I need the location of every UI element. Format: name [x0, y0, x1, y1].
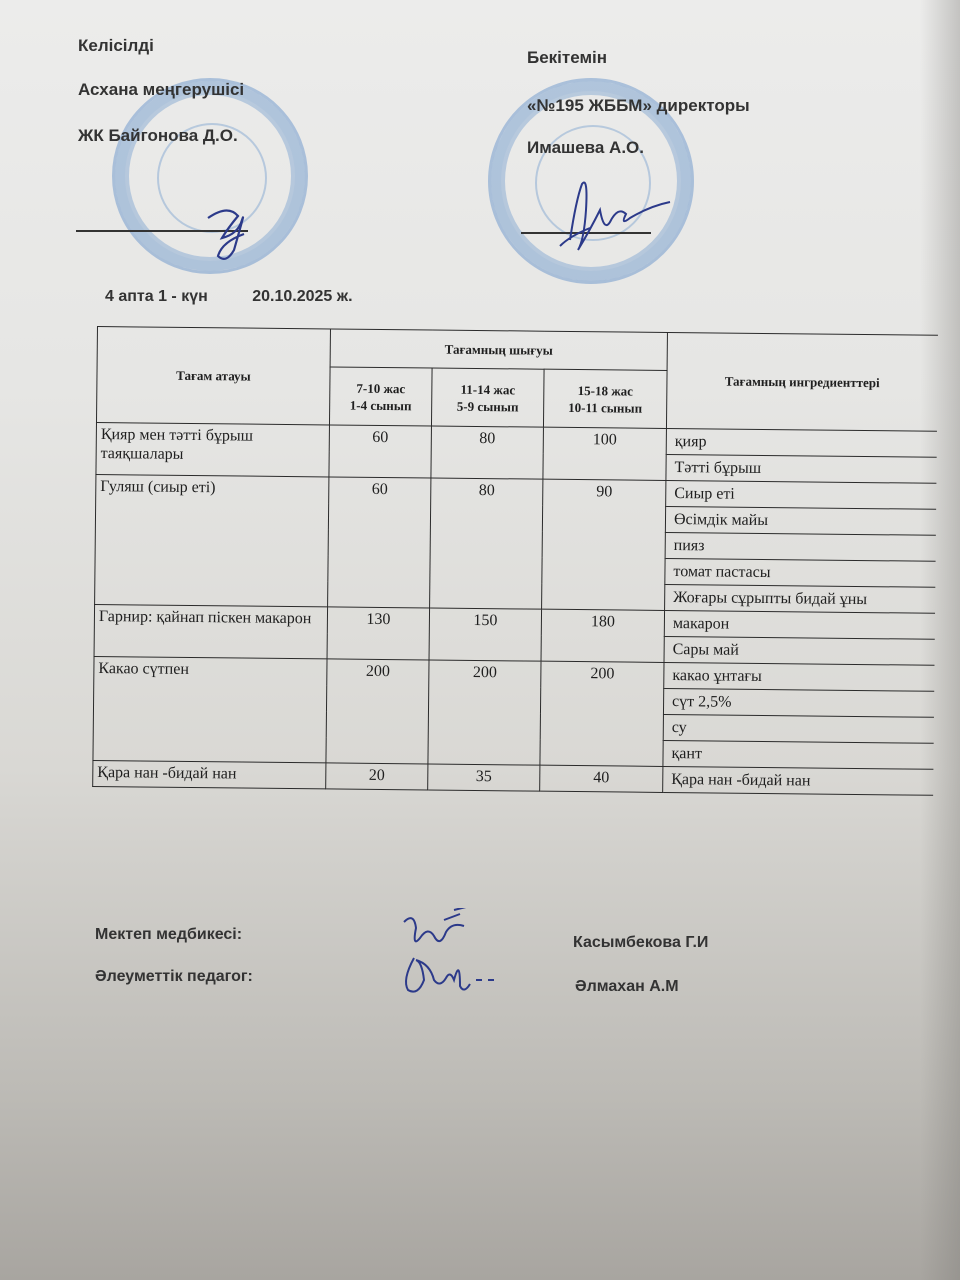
portion-cell: 200	[326, 659, 429, 764]
ingredient-cell: Қара нан -бидай нан	[663, 766, 933, 795]
portion-cell: 80	[430, 478, 543, 609]
dish-name-cell: Қара нан -бидай нан	[93, 760, 326, 788]
signatory-pedagogue-role: Әлеуметтік педагог:	[95, 968, 253, 986]
portion-cell: 80	[431, 426, 544, 479]
portion-cell: 40	[540, 765, 663, 792]
approval-left-name: ЖК Байгонова Д.О.	[78, 126, 238, 146]
portion-cell: 20	[326, 763, 428, 790]
portion-cell: 90	[542, 479, 666, 610]
approval-right-title: Бекітемін	[527, 48, 607, 68]
approval-left-signature	[198, 198, 268, 268]
menu-table-wrapper: Тағам атауы Тағамның шығуы Тағамның ингр…	[92, 326, 937, 796]
ingredient-cell: какао ұнтағы	[664, 662, 934, 691]
ingredient-cell: қияр	[666, 428, 936, 457]
menu-table: Тағам атауы Тағамның шығуы Тағамның ингр…	[92, 326, 937, 796]
signatory-nurse-name: Касымбекова Г.И	[573, 934, 708, 952]
header-ingredients: Тағамның ингредиенттері	[666, 332, 937, 431]
header-age-group: 7-10 жас1-4 сынып	[329, 367, 432, 426]
dish-name-cell: Какао сүтпен	[93, 656, 327, 762]
portion-cell: 200	[428, 660, 541, 765]
dish-name-cell: Гуляш (сиыр еті)	[95, 474, 329, 606]
portion-cell: 180	[541, 609, 665, 662]
ingredient-cell: су	[663, 714, 933, 743]
ingredient-cell: Тәтті бұрыш	[666, 454, 936, 483]
ingredient-cell: макарон	[664, 610, 934, 639]
ingredient-cell: пияз	[665, 532, 935, 561]
ingredient-cell: Сиыр еті	[666, 480, 936, 509]
menu-table-body: Қияр мен тәтті бұрыш таяқшалары6080100қи…	[93, 422, 937, 795]
portion-cell: 200	[540, 661, 664, 766]
dish-name-cell: Қияр мен тәтті бұрыш таяқшалары	[96, 422, 330, 476]
week-day-label: 4 апта 1 - күн	[105, 288, 208, 306]
menu-date: 20.10.2025 ж.	[252, 288, 352, 306]
dish-name-cell: Гарнир: қайнап піскен макарон	[94, 604, 328, 658]
approval-right-position: «№195 ЖББМ» директоры	[527, 96, 750, 116]
approval-left-title: Келісілді	[78, 36, 154, 56]
ingredient-cell: Сары май	[664, 636, 934, 665]
pedagogue-signature	[394, 950, 504, 1000]
header-age-group: 15-18 жас10-11 сынып	[543, 369, 667, 428]
ingredient-cell: Өсімдік майы	[665, 506, 935, 535]
portion-cell: 130	[327, 607, 430, 660]
portion-cell: 60	[329, 425, 432, 478]
portion-cell: 150	[429, 608, 542, 661]
portion-cell: 35	[428, 764, 540, 791]
approval-right-name: Имашева А.О.	[527, 138, 644, 158]
approval-left-position: Асхана меңгерушісі	[78, 80, 244, 100]
menu-schedule: 4 апта 1 - күн 20.10.2025 ж.	[105, 288, 353, 306]
approval-right-signature	[530, 170, 680, 260]
portion-cell: 60	[328, 477, 431, 608]
header-dish-name: Тағам атауы	[96, 327, 330, 425]
ingredient-cell: сүт 2,5%	[663, 688, 933, 717]
ingredient-cell: қант	[663, 740, 933, 769]
portion-cell: 100	[543, 427, 667, 480]
signatory-pedagogue-name: Әлмахан А.М	[575, 978, 679, 996]
ingredient-cell: Жоғары сұрыпты бидай ұны	[665, 584, 935, 613]
header-output: Тағамның шығуы	[330, 329, 667, 371]
ingredient-cell: томат пастасы	[665, 558, 935, 587]
signatory-nurse-role: Мектеп медбикесі:	[95, 926, 242, 944]
header-age-group: 11-14 жас5-9 сынып	[431, 368, 544, 427]
